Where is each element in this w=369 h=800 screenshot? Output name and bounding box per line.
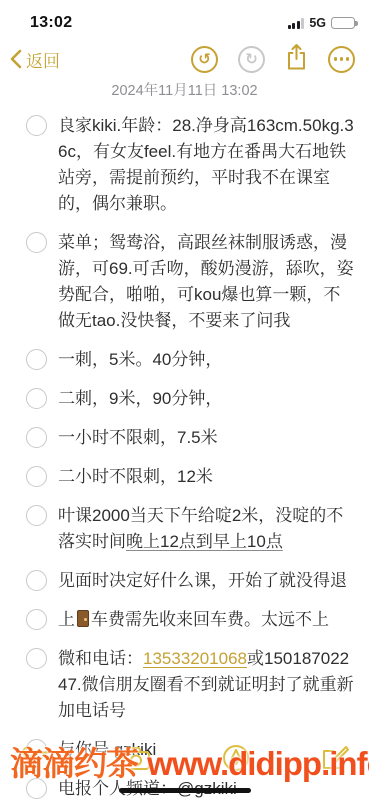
- checklist: 良家kiki.年龄：28.净身高163cm.50kg.36c，有女友feel.有…: [0, 113, 369, 800]
- checklist-item[interactable]: 良家kiki.年龄：28.净身高163cm.50kg.36c，有女友feel.有…: [26, 113, 357, 217]
- checklist-item[interactable]: 叶课2000当天下午给啶2米，没啶的不落实时间晚上12点到早上10点: [26, 503, 357, 555]
- checkbox-circle[interactable]: [26, 609, 47, 630]
- checkbox-circle[interactable]: [26, 466, 47, 487]
- notes-app-screen: 13:02 5G 返回 ↺ ↻: [0, 0, 369, 800]
- more-options-icon[interactable]: [328, 46, 355, 73]
- text-segment: 二小时不限刺，12米: [58, 467, 213, 486]
- text-segment: 良家kiki.年龄：28.净身高163cm.50kg.36c，有女友feel.有…: [58, 116, 354, 213]
- bottom-toolbar: [0, 744, 369, 772]
- status-indicators: 5G: [288, 16, 355, 30]
- network-type-label: 5G: [309, 16, 326, 30]
- text-segment: 一刺，5米。40分钟，: [58, 350, 222, 369]
- redo-icon: ↻: [238, 46, 265, 73]
- text-segment: 见面时决定好什么课，开始了就没得退: [58, 571, 347, 590]
- cellular-signal-icon: [288, 18, 305, 29]
- checklist-item[interactable]: 一小时不限刺，7.5米: [26, 425, 357, 451]
- item-text: 微和电话：13533201068或15018702247.微信朋友圈看不到就证明…: [58, 646, 357, 724]
- battery-icon: [331, 17, 355, 29]
- back-button-label: 返回: [26, 47, 60, 72]
- item-text: 上车费需先收来回车费。太远不上: [58, 607, 329, 633]
- home-indicator[interactable]: [119, 788, 251, 793]
- chevron-left-icon: [10, 49, 22, 69]
- text-segment: 上: [58, 610, 75, 629]
- item-text: 二刺，9米，90分钟，: [58, 386, 222, 412]
- text-segment: 微和电话：: [58, 649, 143, 668]
- status-bar: 13:02 5G: [0, 0, 369, 34]
- checkbox-circle[interactable]: [26, 505, 47, 526]
- checklist-item[interactable]: 一刺，5米。40分钟，: [26, 347, 357, 373]
- checklist-icon[interactable]: [20, 745, 50, 772]
- checkbox-circle[interactable]: [26, 232, 47, 253]
- item-text: 叶课2000当天下午给啶2米，没啶的不落实时间晚上12点到早上10点: [58, 503, 357, 555]
- text-segment: 二刺，9米，90分钟，: [58, 389, 222, 408]
- status-time: 13:02: [30, 14, 72, 32]
- checkbox-circle[interactable]: [26, 648, 47, 669]
- checkbox-circle[interactable]: [26, 115, 47, 136]
- item-text: 一刺，5米。40分钟，: [58, 347, 222, 373]
- back-button[interactable]: 返回: [10, 47, 60, 72]
- checkbox-circle[interactable]: [26, 570, 47, 591]
- checklist-item[interactable]: 微和电话：13533201068或15018702247.微信朋友圈看不到就证明…: [26, 646, 357, 724]
- text-segment: 车费需先收来回车费。太远不上: [91, 610, 329, 629]
- camera-icon[interactable]: [121, 745, 151, 771]
- checkbox-circle[interactable]: [26, 388, 47, 409]
- item-text: 菜单；鸳鸯浴，高跟丝袜制服诱惑，漫游，可69.可舌吻，酸奶漫游，舔吹，姿势配合，…: [58, 230, 357, 334]
- checkbox-circle[interactable]: [26, 349, 47, 370]
- item-text: 良家kiki.年龄：28.净身高163cm.50kg.36c，有女友feel.有…: [58, 113, 357, 217]
- door-emoji: [77, 610, 89, 627]
- item-text: 二小时不限刺，12米: [58, 464, 213, 490]
- text-segment: 菜单；鸳鸯浴，高跟丝袜制服诱惑，漫游，可69.可舌吻，酸奶漫游，舔吹，姿势配合，…: [58, 233, 354, 330]
- checklist-item[interactable]: 上车费需先收来回车费。太远不上: [26, 607, 357, 633]
- markup-icon[interactable]: [222, 744, 250, 772]
- undo-icon[interactable]: ↺: [191, 46, 218, 73]
- note-date: 2024年11月11日 13:02: [0, 79, 369, 100]
- item-text: 一小时不限刺，7.5米: [58, 425, 218, 451]
- checklist-item[interactable]: 见面时决定好什么课，开始了就没得退: [26, 568, 357, 594]
- checkbox-circle[interactable]: [26, 778, 47, 799]
- phone-link[interactable]: 13533201068: [143, 649, 247, 668]
- time-detected-link[interactable]: 晚上12点到早上10点: [126, 532, 283, 551]
- item-text: 见面时决定好什么课，开始了就没得退: [58, 568, 347, 594]
- nav-bar: 返回 ↺ ↻: [0, 34, 369, 74]
- nav-actions: ↺ ↻: [191, 43, 355, 76]
- checklist-item[interactable]: 菜单；鸳鸯浴，高跟丝袜制服诱惑，漫游，可69.可舌吻，酸奶漫游，舔吹，姿势配合，…: [26, 230, 357, 334]
- checklist-item[interactable]: 二刺，9米，90分钟，: [26, 386, 357, 412]
- checkbox-circle[interactable]: [26, 427, 47, 448]
- share-icon[interactable]: [285, 43, 308, 76]
- checklist-item[interactable]: 二小时不限刺，12米: [26, 464, 357, 490]
- text-segment: 一小时不限刺，7.5米: [58, 428, 218, 447]
- compose-icon[interactable]: [321, 744, 349, 772]
